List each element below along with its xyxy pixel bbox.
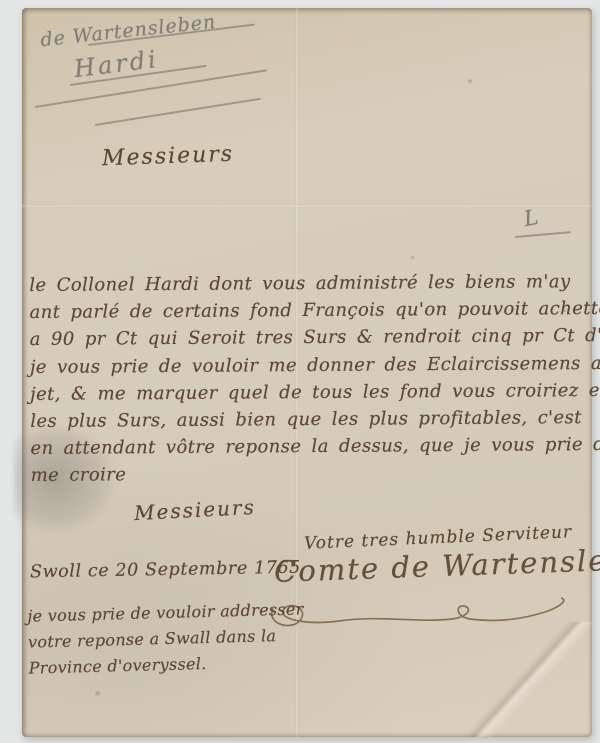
fox-spot — [467, 78, 473, 84]
body-line: me croire — [31, 458, 591, 489]
pencil-stroke — [515, 231, 571, 238]
pencil-corner-mark: L — [522, 205, 540, 231]
signature-flourish — [267, 596, 579, 636]
fox-spot — [94, 690, 101, 697]
dateline-text: Swoll ce 20 Septembre 1765 — [30, 558, 301, 583]
body-line: les plus Surs, aussi bien que les plus p… — [30, 404, 590, 435]
letter-paper: de Wartensleben Hardi L Messieurs le Col… — [22, 8, 592, 737]
body-line: jet, & me marquer quel de tous les fond … — [30, 377, 590, 408]
pencil-stroke — [95, 98, 261, 126]
postscript: je vous prie de vouloir addresser votre … — [27, 596, 305, 681]
body-line: a 90 pr Ct qui Seroit tres Surs & rendro… — [30, 322, 590, 353]
body-line: le Collonel Hardi dont vous administré l… — [29, 268, 589, 299]
photo-stage: de Wartensleben Hardi L Messieurs le Col… — [0, 0, 600, 743]
closing-salutation-text: Messieurs — [133, 495, 256, 525]
body-line: ant parlé de certains fond François qu'o… — [29, 295, 589, 326]
salutation-text: Messieurs — [102, 142, 235, 172]
photo-background: { "photo": { "background_color": "#e3e6e… — [0, 0, 600, 743]
corner-fold-crease — [462, 622, 592, 737]
fold-crease-horizontal — [22, 204, 592, 207]
fox-spot — [410, 255, 415, 260]
body-line: en attendant vôtre reponse la dessus, qu… — [30, 431, 590, 462]
letter-body: le Collonel Hardi dont vous administré l… — [29, 268, 591, 490]
body-line: je vous prie de vouloir me donner des Ec… — [30, 350, 590, 381]
